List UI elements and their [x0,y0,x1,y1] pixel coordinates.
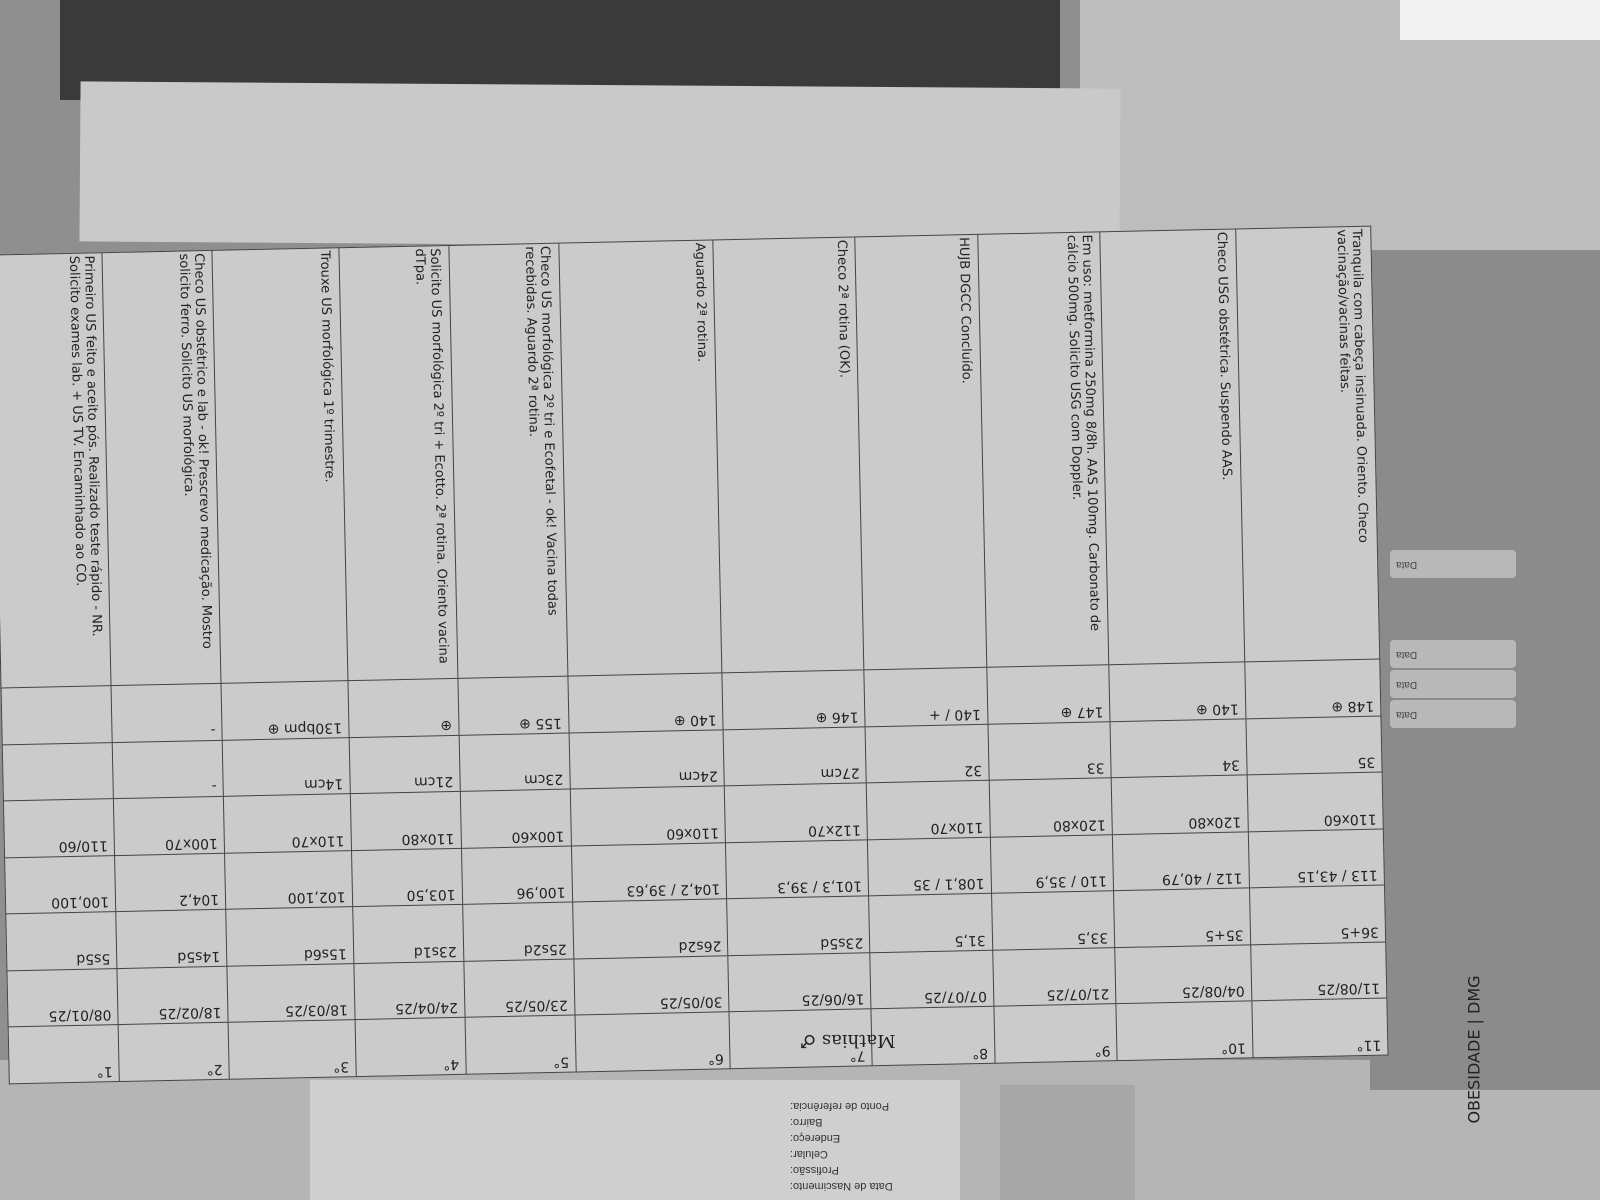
date-field: Data [1390,700,1516,728]
prenatal-record-sheet: 11°10°9°8°7°6°5°4°3°2°1°11/08/2504/08/25… [0,226,1389,1085]
cell-peso: 110x60 [570,786,726,846]
cell-au: 23cm [459,733,570,792]
cell-peso: 110x80 [350,792,461,851]
form-label: Celular: [790,1148,828,1160]
date-field: Data [1390,550,1516,578]
cell-au [2,742,113,801]
cell-notes: Checo USG obstétrica. Suspendo AAS. [1100,229,1244,665]
registration-form: Data de Nascimento:Profissão:Celular:End… [310,1080,960,1200]
cell-notes: Aguardo 2ª rotina. [558,240,722,676]
cell-n: 11° [1251,998,1388,1057]
form-photo-box [1000,1085,1135,1200]
cell-pa: 110 / 35,9 [990,834,1114,893]
cell-date: 24/04/25 [354,961,465,1020]
cell-pa: 101,3 / 39,3 [726,840,869,900]
cell-pa: 112 / 40,79 [1113,832,1250,891]
cell-notes: Checo US obstétrico e lab - ok! Prescrev… [102,250,221,685]
cell-date: 23/05/25 [463,959,574,1018]
cell-au: 14cm [222,737,350,796]
cell-bcf: 148 ⊕ [1244,659,1381,718]
cell-bcf: 155 ⊕ [458,676,569,735]
cell-bcf: 147 ⊕ [987,665,1111,724]
cell-bcf: - [111,683,222,742]
form-label: Bairro: [790,1116,822,1128]
cell-date: 18/02/25 [117,966,228,1025]
cell-peso: 110x70 [866,780,990,839]
cell-date: 18/03/25 [227,963,355,1022]
cell-date: 07/07/25 [870,950,994,1009]
cell-au: 21cm [349,735,460,794]
cell-date: 11/08/25 [1250,942,1387,1001]
cell-n: 2° [118,1023,229,1082]
cell-peso: 120x80 [1111,775,1248,834]
cell-ig: 36+5 [1249,885,1386,944]
cell-notes: HUJB DGCC Concluído. [855,234,987,669]
cell-n: 9° [994,1004,1118,1063]
cell-n: 3° [228,1020,356,1079]
diagnosis-title: OBESIDADE | DMG [1465,975,1484,1123]
cell-bcf: ⊕ [348,678,459,737]
cell-ig: 26s2d [572,899,728,959]
cell-ig: 35+5 [1114,888,1251,947]
cell-au: 34 [1110,719,1247,778]
cell-pa: 113 / 43,15 [1248,829,1385,888]
cell-date: 08/01/25 [7,968,118,1027]
cell-peso: 110x60 [1247,772,1384,831]
cell-notes: Em uso: metformina 250mg 8/8h. AAS 100mg… [977,232,1109,667]
cell-pa: 108,1 / 35 [868,837,992,896]
cell-peso: 120x80 [989,778,1113,837]
cell-n: 4° [355,1018,466,1077]
cell-au: 27cm [723,726,866,786]
cell-pa: 102,100 [225,850,353,909]
cell-date: 30/05/25 [573,956,729,1016]
cell-ig: 33,5 [991,891,1115,950]
cell-au: 35 [1246,716,1383,775]
cell-peso: 110/60 [3,799,114,858]
cell-bcf: 130bpm ⊕ [221,681,349,740]
cell-n: 1° [8,1025,119,1084]
cell-bcf: 146 ⊕ [722,670,865,730]
cell-notes: Checo US morfológica 2º tri e Ecofetal -… [448,243,567,678]
cell-ig: 23s5d [727,896,870,956]
form-label: Endereço: [790,1132,840,1144]
cell-peso: 100x70 [113,796,224,855]
cell-pa: 103,50 [351,848,462,907]
date-field: Data [1390,670,1516,698]
cell-au: 32 [865,724,989,783]
card-side-panel: Data Data Data Data [1370,250,1600,1090]
table-row: Tranquila com cabeça insinuada. Oriento.… [0,226,1380,688]
form-label: Data de Nascimento: [790,1180,893,1192]
cell-pa: 104,2 / 39,63 [571,843,727,903]
cell-au: 33 [988,721,1112,780]
cell-au: 24cm [569,729,725,789]
cell-notes: Solicito US morfológica 2º tri + Ecotto.… [339,245,458,680]
underlying-paper [79,81,1120,248]
form-label: Profissão: [790,1164,839,1176]
cell-peso: 100x60 [460,789,571,848]
cell-n: 5° [465,1015,576,1074]
cell-notes: Trouxe US morfológica 1º trimestre. [212,248,348,684]
cell-ig: 5s5d [6,912,117,971]
cell-bcf: 140 ⊕ [568,673,724,733]
patient-note: Mathias ♂ [800,1030,896,1051]
paper-corner [1400,0,1600,40]
cell-peso: 110x70 [223,794,351,853]
cell-n: 10° [1116,1001,1253,1060]
cell-au: - [112,740,223,799]
form-label: Ponto de referência: [790,1100,889,1112]
cell-ig: 23s1d [352,905,463,964]
cell-ig: 14s5d [116,910,227,969]
cell-bcf: 140 / + [864,667,988,726]
cell-ig: 15s6d [226,907,354,966]
cell-pa: 104,2 [115,853,226,912]
cell-ig: 25s2d [462,902,573,961]
cell-ig: 31,5 [869,894,993,953]
cell-date: 16/06/25 [728,953,871,1013]
cell-n: 6° [575,1012,731,1072]
cell-peso: 112x70 [725,783,868,843]
cell-pa: 100,100 [5,855,116,914]
date-field: Data [1390,640,1516,668]
cell-date: 21/07/25 [992,948,1116,1007]
cell-bcf: 140 ⊕ [1109,662,1246,721]
cell-notes: Tranquila com cabeça insinuada. Oriento.… [1235,226,1379,662]
cell-bcf [1,686,112,745]
cell-date: 04/08/25 [1115,945,1252,1004]
cell-pa: 100,96 [461,846,572,905]
cell-notes: Checo 2ª rotina (OK). [713,237,864,673]
consultation-table: 11°10°9°8°7°6°5°4°3°2°1°11/08/2504/08/25… [0,226,1389,1085]
cell-notes: Primeiro US feito e aceito pós. Realizad… [0,253,111,688]
